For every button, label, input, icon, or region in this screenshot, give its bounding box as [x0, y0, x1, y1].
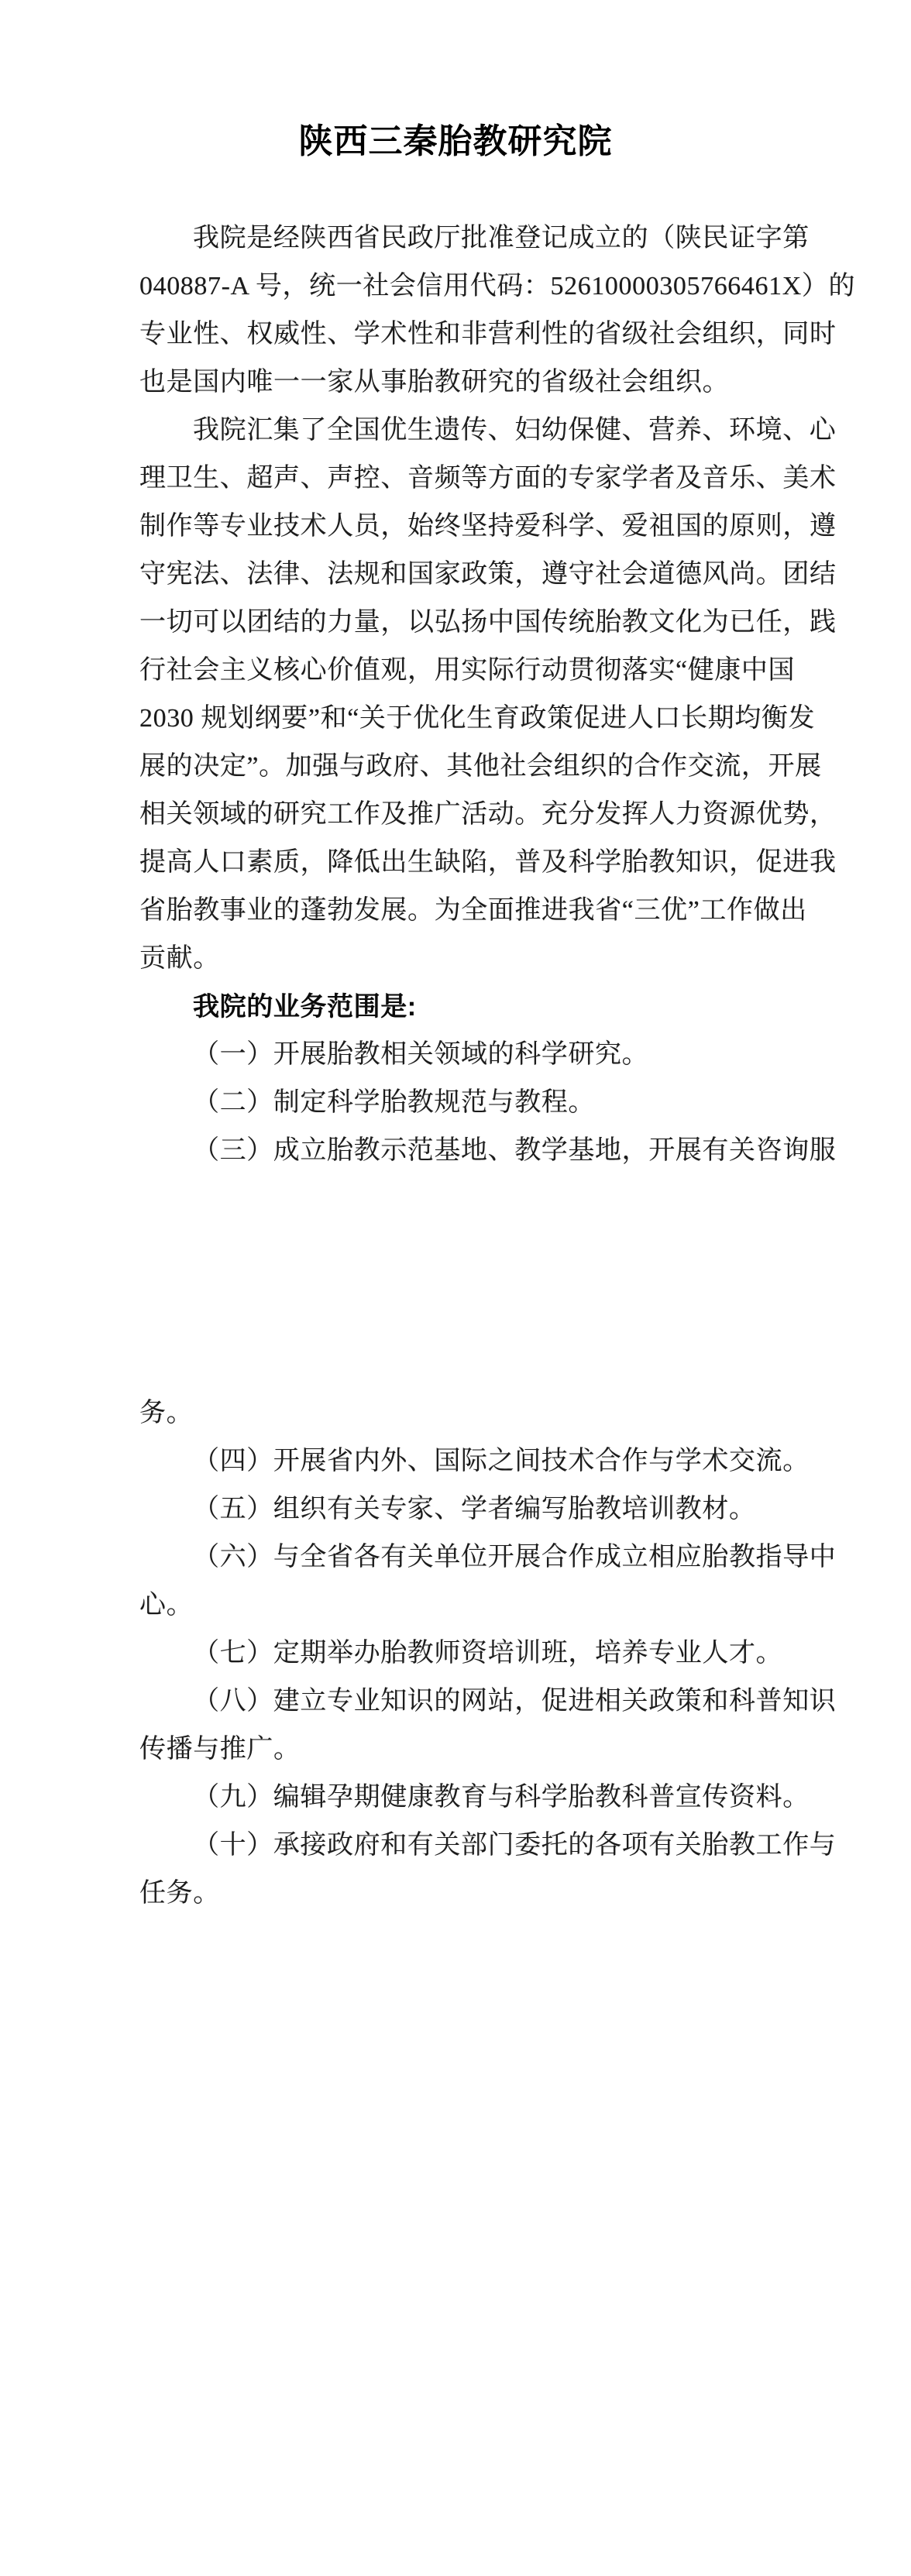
text-line: （二）制定科学胎教规范与教程。	[139, 1079, 790, 1127]
text-line: （八）建立专业知识的网站，促进相关政策和科普知识	[139, 1678, 790, 1726]
text-line: 一切可以团结的力量，以弘扬中国传统胎教文化为已任，践	[139, 599, 790, 647]
text-line: 心。	[139, 1582, 790, 1630]
text-line: （十）承接政府和有关部门委托的各项有关胎教工作与	[139, 1822, 790, 1870]
text-line: （四）开展省内外、国际之间技术合作与学术交流。	[139, 1437, 790, 1485]
text-line: （六）与全省各有关单位开展合作成立相应胎教指导中	[139, 1534, 790, 1582]
section-header-line: 我院的业务范围是:	[139, 983, 790, 1031]
text-line: 守宪法、法律、法规和国家政策，遵守社会道德风尚。团结	[139, 551, 790, 599]
text-line: 省胎教事业的蓬勃发展。为全面推进我省“三优”工作做出	[139, 887, 790, 935]
text-line: 理卫生、超声、声控、音频等方面的专家学者及音乐、美术	[139, 455, 790, 503]
text-line: 我院是经陕西省民政厅批准登记成立的（陕民证字第	[139, 215, 790, 263]
text-line: 我院汇集了全国优生遗传、妇幼保健、营养、环境、心	[139, 407, 790, 455]
text-line: 展的决定”。加强与政府、其他社会组织的合作交流，开展	[139, 743, 790, 791]
text-line: 提高人口素质，降低出生缺陷，普及科学胎教知识，促进我	[139, 839, 790, 887]
page-break-gap	[0, 1175, 911, 1389]
text-line: 传播与推广。	[139, 1726, 790, 1774]
text-line: 贡献。	[139, 935, 790, 983]
text-line: 专业性、权威性、学术性和非营利性的省级社会组织，同时	[139, 311, 790, 359]
text-line: 行社会主义核心价值观，用实际行动贯彻落实“健康中国	[139, 647, 790, 695]
text-line: （一）开展胎教相关领域的科学研究。	[139, 1031, 790, 1079]
text-line: 相关领域的研究工作及推广活动。充分发挥人力资源优势，	[139, 791, 790, 839]
page2-text-block: 务。（四）开展省内外、国际之间技术合作与学术交流。（五）组织有关专家、学者编写胎…	[139, 1389, 790, 1918]
text-line: （七）定期举办胎教师资培训班，培养专业人才。	[139, 1630, 790, 1678]
text-line: 也是国内唯一一家从事胎教研究的省级社会组织。	[139, 359, 790, 407]
text-line: 务。	[139, 1389, 790, 1437]
text-line: 040887-A 号，统一社会信用代码：52610000305766461X）的	[139, 263, 790, 311]
text-line: （五）组织有关专家、学者编写胎教培训教材。	[139, 1485, 790, 1534]
document-title: 陕西三秦胎教研究院	[0, 0, 911, 160]
page1-text-block: 我院是经陕西省民政厅批准登记成立的（陕民证字第040887-A 号，统一社会信用…	[139, 215, 790, 1175]
text-line: （三）成立胎教示范基地、教学基地，开展有关咨询服	[139, 1127, 790, 1175]
text-line: 制作等专业技术人员，始终坚持爱科学、爱祖国的原则，遵	[139, 503, 790, 551]
text-line: 2030 规划纲要”和“关于优化生育政策促进人口长期均衡发	[139, 695, 790, 743]
document-page: 陕西三秦胎教研究院 我院是经陕西省民政厅批准登记成立的（陕民证字第040887-…	[0, 0, 911, 2576]
text-line: （九）编辑孕期健康教育与科学胎教科普宣传资料。	[139, 1774, 790, 1822]
text-line: 任务。	[139, 1870, 790, 1918]
